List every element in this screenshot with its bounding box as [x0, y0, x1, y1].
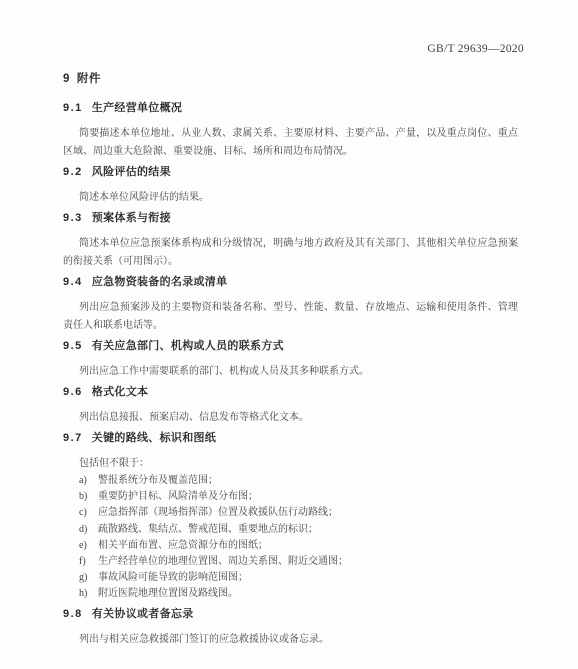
list-item: e)相关平面布置、应急资源分布的图纸； [63, 538, 518, 554]
section-paragraph: 简述本单位应急预案体系构成和分级情况，明确与地方政府及其有关部门、其他相关单位应… [63, 235, 518, 271]
list-item-text: 疏散路线、集结点、警戒范围、重要地点的标识； [98, 524, 318, 535]
section-title: 关键的路线、标识和图纸 [92, 432, 216, 444]
section-heading-9-7: 9.7关键的路线、标识和图纸 [63, 432, 518, 445]
chapter-title: 附件 [77, 73, 101, 85]
chapter-number: 9 [63, 73, 70, 85]
list-marker: b) [79, 489, 87, 505]
section-heading-9-1: 9.1生产经营单位概况 [63, 102, 518, 115]
section-number: 9.2 [63, 166, 83, 178]
section-number: 9.5 [63, 340, 83, 352]
list-marker: c) [79, 505, 87, 521]
list-item: g)事故风险可能导致的影响范围图； [63, 570, 518, 586]
section-paragraph: 列出信息接报、预案启动、信息发布等格式化文本。 [63, 409, 518, 427]
list-item-text: 应急指挥部（现场指挥部）位置及救援队伍行动路线； [98, 507, 338, 518]
list-marker: g) [79, 570, 87, 586]
section-number: 9.1 [63, 102, 83, 114]
list-item-text: 生产经营单位的地理位置图、周边关系图、附近交通图； [98, 556, 348, 567]
list-marker: f) [79, 554, 86, 570]
section-paragraph: 简要描述本单位地址、从业人数、隶属关系、主要原材料、主要产品、产量，以及重点岗位… [63, 125, 518, 161]
section-paragraph: 列出与相关应急救援部门签订的应急救援协议或备忘录。 [63, 631, 518, 649]
list-item-text: 警报系统分布及覆盖范围； [98, 475, 218, 486]
list-item-text: 事故风险可能导致的影响范围图； [98, 572, 248, 583]
list-marker: h) [79, 586, 87, 602]
section-number: 9.8 [63, 608, 83, 620]
list-item: a)警报系统分布及覆盖范围； [63, 473, 518, 489]
section-heading-9-5: 9.5有关应急部门、机构或人员的联系方式 [63, 340, 518, 353]
section-title: 有关应急部门、机构或人员的联系方式 [92, 340, 284, 352]
section-title: 有关协议或者备忘录 [92, 608, 194, 620]
list-marker: e) [79, 538, 87, 554]
list-item-text: 相关平面布置、应急资源分布的图纸； [98, 540, 268, 551]
section-paragraph: 列出应急工作中需要联系的部门、机构或人员及其多种联系方式。 [63, 363, 518, 381]
section-heading-9-6: 9.6格式化文本 [63, 386, 518, 399]
page-content: 9附件 9.1生产经营单位概况 简要描述本单位地址、从业人数、隶属关系、主要原材… [63, 0, 518, 649]
chapter-heading: 9附件 [63, 72, 518, 86]
list-item: f)生产经营单位的地理位置图、周边关系图、附近交通图； [63, 554, 518, 570]
section-title: 应急物资装备的名录或清单 [92, 276, 228, 288]
section-number: 9.6 [63, 386, 83, 398]
list-item: d)疏散路线、集结点、警戒范围、重要地点的标识； [63, 522, 518, 538]
list-item: b)重要防护目标、风险清单及分布图； [63, 489, 518, 505]
section-heading-9-8: 9.8有关协议或者备忘录 [63, 608, 518, 621]
section-paragraph: 简述本单位风险评估的结果。 [63, 189, 518, 207]
section-heading-9-3: 9.3预案体系与衔接 [63, 212, 518, 225]
document-page: GB/T 29639—2020 9附件 9.1生产经营单位概况 简要描述本单位地… [0, 0, 578, 669]
section-paragraph: 包括但不限于： [63, 455, 518, 473]
list-item-text: 重要防护目标、风险清单及分布图； [98, 491, 258, 502]
list-marker: d) [79, 522, 87, 538]
section-title: 生产经营单位概况 [92, 102, 182, 114]
list-item: c)应急指挥部（现场指挥部）位置及救援队伍行动路线； [63, 505, 518, 521]
section-number: 9.7 [63, 432, 83, 444]
section-number: 9.4 [63, 276, 83, 288]
section-title: 预案体系与衔接 [92, 212, 171, 224]
lettered-list: a)警报系统分布及覆盖范围； b)重要防护目标、风险清单及分布图； c)应急指挥… [63, 473, 518, 603]
section-number: 9.3 [63, 212, 83, 224]
section-title: 格式化文本 [92, 386, 149, 398]
section-heading-9-2: 9.2风险评估的结果 [63, 166, 518, 179]
list-item-text: 附近医院地理位置图及路线图。 [98, 588, 238, 599]
section-heading-9-4: 9.4应急物资装备的名录或清单 [63, 276, 518, 289]
section-title: 风险评估的结果 [92, 166, 171, 178]
section-paragraph: 列出应急预案涉及的主要物资和装备名称、型号、性能、数量、存放地点、运输和使用条件… [63, 299, 518, 335]
list-marker: a) [79, 473, 87, 489]
list-item: h)附近医院地理位置图及路线图。 [63, 586, 518, 602]
